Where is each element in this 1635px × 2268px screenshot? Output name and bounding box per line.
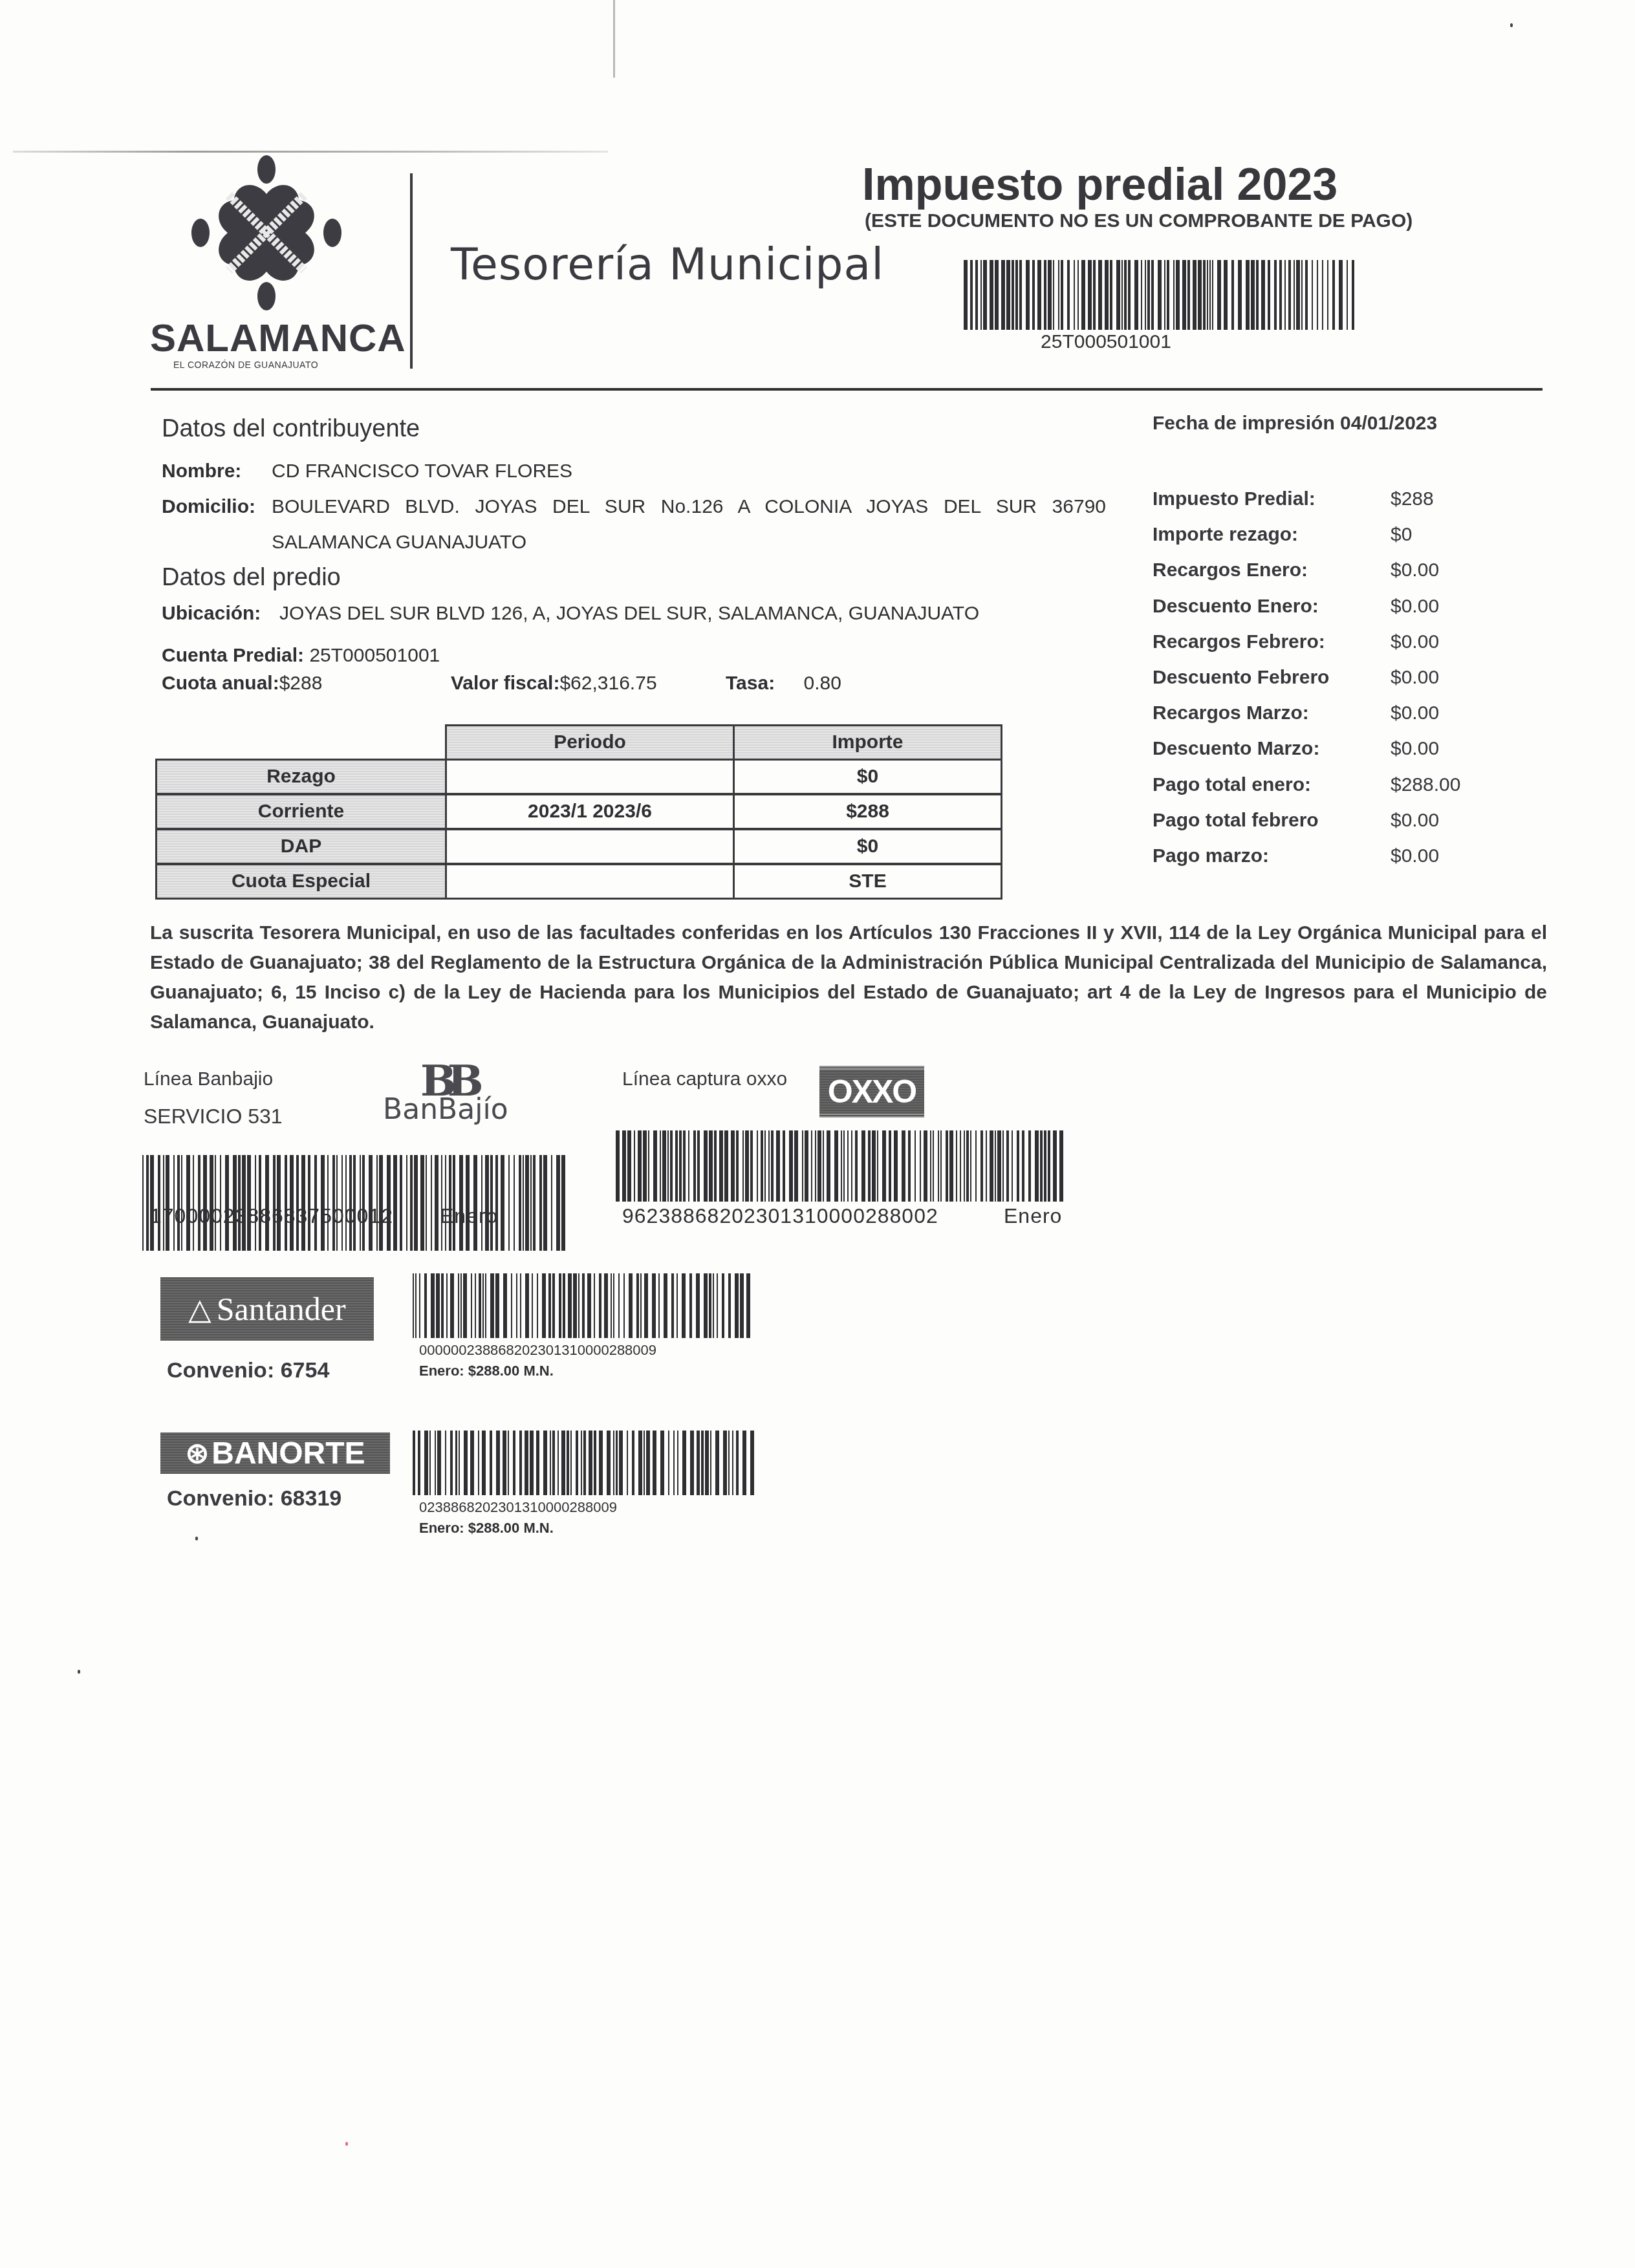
summary-value: $0.00 [1391, 810, 1439, 832]
document-title: Impuesto predial 2023 [862, 158, 1337, 210]
oxxo-number: 96238868202301310000288002 [622, 1204, 938, 1228]
banorte-logo-text: BANORTE [211, 1436, 365, 1471]
header-rule [151, 388, 1543, 391]
name-label: Nombre: [162, 460, 241, 482]
santander-amount: Enero: $288.00 M.N. [419, 1363, 554, 1379]
oxxo-logo-text: OXXO [828, 1073, 916, 1110]
banorte-logo-icon: ⊛ BANORTE [160, 1432, 390, 1474]
santander-logo-icon: △ Santander [160, 1277, 374, 1341]
summary-label: Pago marzo: [1153, 845, 1269, 867]
summary-label: Descuento Marzo: [1153, 738, 1319, 760]
account-barcode [964, 260, 1358, 330]
banbajio-barcode [142, 1155, 569, 1251]
summary-value: $0.00 [1391, 667, 1439, 689]
table-row-amount: $0 [733, 759, 1002, 795]
oxxo-month: Enero [1004, 1204, 1062, 1228]
salamanca-emblem-icon [189, 155, 344, 310]
scan-artifact-line [613, 0, 615, 78]
account-barcode-number: 25T000501001 [964, 331, 1248, 353]
header-divider [410, 173, 413, 369]
table-row-amount: $0 [733, 828, 1002, 865]
summary-value: $288.00 [1391, 774, 1460, 796]
print-date-label: Fecha de impresión [1153, 413, 1335, 434]
print-date: 04/01/2023 [1340, 413, 1437, 434]
logo-wordmark: SALAMANCA [150, 316, 406, 360]
summary-value: $0.00 [1391, 631, 1439, 653]
rate-label: Tasa: [726, 673, 775, 694]
rate-value: 0.80 [804, 673, 841, 694]
legal-text: La suscrita Tesorera Municipal, en uso d… [150, 918, 1547, 1037]
santander-convenio: Convenio: 6754 [167, 1358, 329, 1383]
annual-fee-value: $288 [279, 673, 323, 694]
table-row-amount: STE [733, 863, 1002, 900]
summary-value: $0.00 [1391, 845, 1439, 867]
table-row-concept: DAP [155, 828, 447, 865]
table-row-concept: Rezago [155, 759, 447, 795]
oxxo-logo-icon: OXXO [819, 1066, 924, 1118]
banbajio-number: 17000023886837500012 [150, 1204, 393, 1228]
table-row-period: 2023/1 2023/6 [445, 794, 735, 830]
banbajio-service: SERVICIO 531 [144, 1105, 283, 1129]
banorte-amount: Enero: $288.00 M.N. [419, 1520, 554, 1537]
table-row-period [445, 828, 735, 865]
summary-value: $288 [1391, 488, 1434, 510]
document-subtitle: (ESTE DOCUMENTO NO ES UN COMPROBANTE DE … [865, 210, 1413, 232]
annual-fee-label: Cuota anual: [162, 673, 279, 694]
summary-label: Pago total febrero [1153, 810, 1319, 832]
banorte-convenio: Convenio: 68319 [167, 1486, 341, 1511]
scan-speck [78, 1670, 80, 1674]
santander-logo-text: Santander [217, 1290, 346, 1328]
summary-label: Impuesto Predial: [1153, 488, 1316, 510]
summary-value: $0.00 [1391, 738, 1439, 760]
summary-label: Recargos Febrero: [1153, 631, 1325, 653]
taxpayer-address-line1: BOULEVARD BLVD. JOYAS DEL SUR No.126 A C… [272, 496, 1106, 518]
oxxo-barcode [616, 1130, 1068, 1202]
summary-value: $0.00 [1391, 702, 1439, 724]
address-label: Domicilio: [162, 496, 255, 517]
santander-barcode [413, 1273, 757, 1338]
summary-value: $0 [1391, 524, 1412, 546]
account-label: Cuenta Predial: [162, 645, 304, 666]
banbajio-month: Enero [440, 1204, 498, 1228]
account-number: 25T000501001 [309, 645, 440, 666]
table-row-amount: $288 [733, 794, 1002, 830]
scan-speck [1510, 23, 1513, 27]
summary-label: Descuento Febrero [1153, 667, 1329, 689]
taxpayer-name: CD FRANCISCO TOVAR FLORES [272, 460, 572, 482]
summary-label: Pago total enero: [1153, 774, 1311, 796]
table-header-period: Periodo [445, 724, 735, 761]
table-row-period [445, 759, 735, 795]
oxxo-label: Línea captura oxxo [622, 1068, 787, 1090]
banbajio-logo-text: BanBajío [383, 1093, 508, 1126]
banorte-number: 0238868202301310000288009 [419, 1499, 617, 1516]
location-label: Ubicación: [162, 603, 261, 624]
tax-periods-table: Periodo Importe Rezago$0Corriente2023/1 … [155, 724, 1002, 905]
summary-value: $0.00 [1391, 559, 1439, 581]
summary-label: Recargos Marzo: [1153, 702, 1309, 724]
banbajio-label: Línea Banbajio [144, 1068, 273, 1090]
fiscal-value-label: Valor fiscal: [451, 673, 559, 694]
office-title: Tesorería Municipal [451, 239, 884, 290]
summary-label: Importe rezago: [1153, 524, 1298, 546]
taxpayer-address-line2: SALAMANCA GUANAJUATO [272, 532, 526, 554]
table-header-amount: Importe [733, 724, 1002, 761]
table-row-concept: Cuota Especial [155, 863, 447, 900]
section-title-property: Datos del predio [162, 564, 341, 592]
summary-label: Recargos Enero: [1153, 559, 1308, 581]
summary-label: Descuento Enero: [1153, 596, 1319, 618]
fiscal-value: $62,316.75 [559, 673, 656, 694]
table-row-concept: Corriente [155, 794, 447, 830]
property-location: JOYAS DEL SUR BLVD 126, A, JOYAS DEL SUR… [279, 603, 979, 625]
section-title-taxpayer: Datos del contribuyente [162, 415, 420, 443]
scan-speck [345, 2142, 348, 2146]
logo-tagline: EL CORAZÓN DE GUANAJUATO [173, 360, 318, 370]
banorte-barcode [413, 1431, 757, 1495]
table-row-period [445, 863, 735, 900]
summary-value: $0.00 [1391, 596, 1439, 618]
scan-artifact-line [13, 151, 608, 153]
santander-number: 000000238868202301310000288009 [419, 1342, 656, 1359]
scan-speck [195, 1537, 198, 1540]
